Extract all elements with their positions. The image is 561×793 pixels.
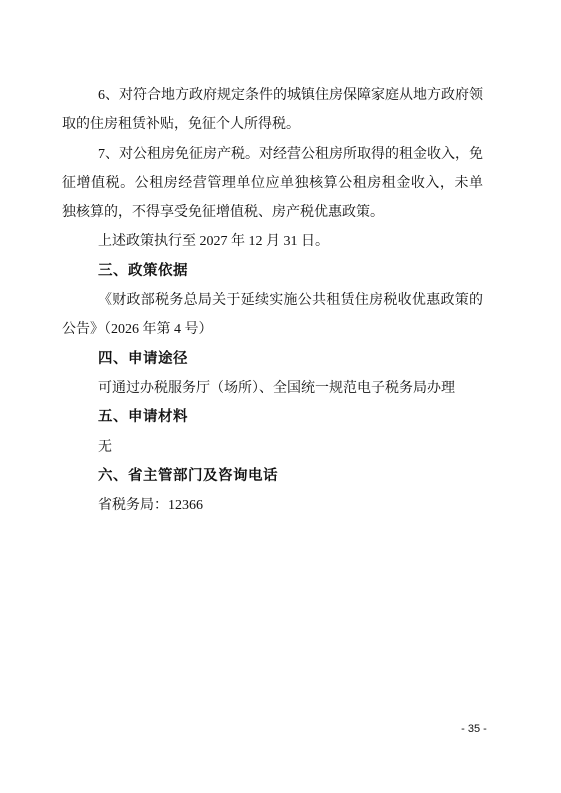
- section-heading-application-materials: 五、申请材料: [62, 403, 483, 432]
- department-phone-line: 省税务局：12366: [62, 491, 483, 520]
- document-body: 6、对符合地方政府规定条件的城镇住房保障家庭从地方政府领 取的住房租赁补贴，免征…: [62, 81, 483, 520]
- paragraph-line: 公告》（2026 年第 4 号）: [62, 315, 483, 344]
- application-channel-line: 可通过办税服务厅（场所）、全国统一规范电子税务局办理: [62, 374, 483, 403]
- paragraph-line: 独核算的，不得享受免征增值税、房产税优惠政策。: [62, 198, 483, 227]
- execution-note-line: 上述政策执行至 2027 年 12 月 31 日。: [62, 227, 483, 256]
- paragraph-line: 征增值税。公租房经营管理单位应单独核算公租房租金收入，未单: [62, 169, 483, 198]
- paragraph-line: 7、对公租房免征房产税。对经营公租房所取得的租金收入，免: [62, 140, 483, 169]
- section-heading-application-channel: 四、申请途径: [62, 345, 483, 374]
- paragraph-line: 6、对符合地方政府规定条件的城镇住房保障家庭从地方政府领: [62, 81, 483, 110]
- document-page: 6、对符合地方政府规定条件的城镇住房保障家庭从地方政府领 取的住房租赁补贴，免征…: [0, 0, 561, 793]
- page-number: - 35 -: [442, 720, 506, 738]
- section-heading-department-phone: 六、省主管部门及咨询电话: [62, 462, 483, 491]
- application-materials-line: 无: [62, 433, 483, 462]
- paragraph-line: 《财政部税务总局关于延续实施公共租赁住房税收优惠政策的: [62, 286, 483, 315]
- section-heading-policy-basis: 三、政策依据: [62, 257, 483, 286]
- paragraph-line: 取的住房租赁补贴，免征个人所得税。: [62, 110, 483, 139]
